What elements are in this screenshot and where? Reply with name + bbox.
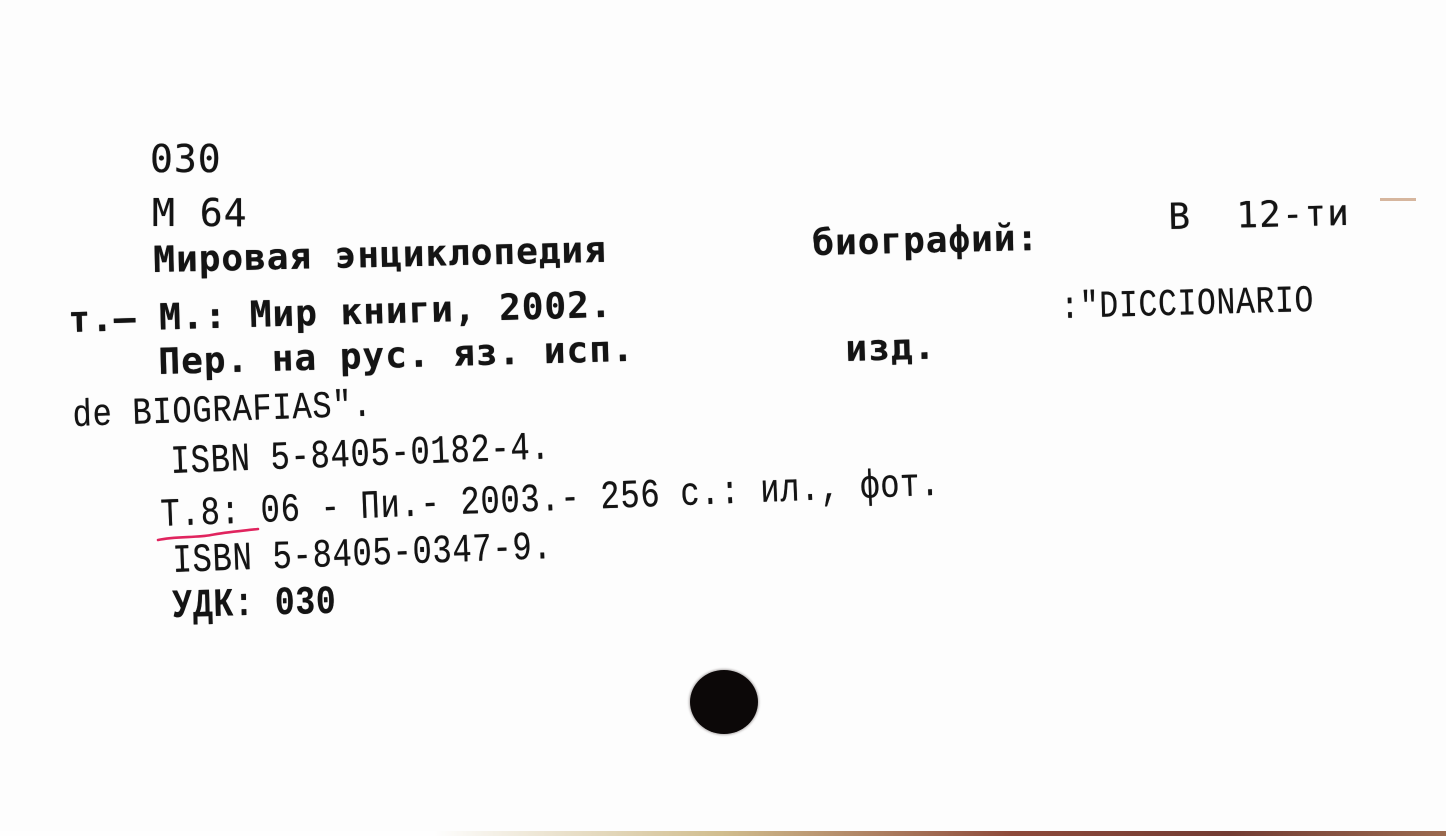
isbn-volume: ISBN 5-8405-0347-9. [172, 529, 553, 583]
note-line-1-part-2: изд. [845, 329, 937, 368]
catalog-card: 030 М 64 Мировая энциклопедия биографий:… [0, 0, 1446, 836]
isbn-set: ISBN 5-8405-0182-4. [170, 429, 551, 484]
note-line-2: de BIOGRAFIAS". [72, 388, 373, 436]
title-line-1-part-3: В 12-ти [1168, 196, 1350, 236]
card-bottom-edge [0, 831, 1446, 836]
udc-code: УДК: 030 [172, 584, 337, 628]
cutter-number: М 64 [152, 194, 248, 232]
edge-mark [1380, 198, 1416, 201]
note-line-1-part-1: Пер. на рус. яз. исп. [158, 332, 635, 381]
call-number: 030 [150, 140, 222, 178]
note-line-1-part-3: :"DICCIONARIO [1060, 283, 1315, 328]
title-line-1-part-1: Мировая энциклопедия [153, 233, 607, 279]
title-line-1-part-2: биографий: [812, 221, 1040, 262]
punch-hole [690, 670, 758, 734]
